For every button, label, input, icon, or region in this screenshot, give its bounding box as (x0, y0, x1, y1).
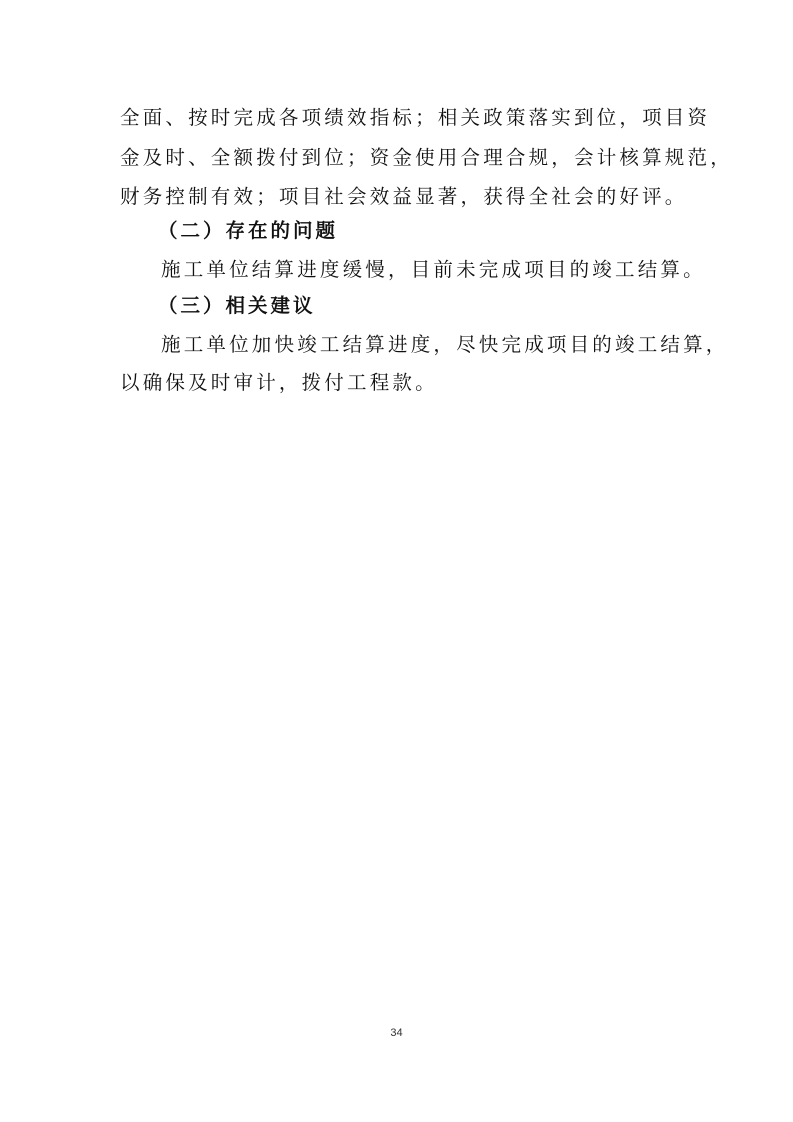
document-page: 全面、按时完成各项绩效指标；相关政策落实到位，项目资 金及时、全额拨付到位；资金… (0, 0, 793, 1122)
problems-body: 施工单位结算进度缓慢，目前未完成项目的竣工结算。 (161, 258, 736, 282)
section-heading-suggestions: （三）相关建议 (158, 294, 316, 318)
paragraph-line: 财务控制有效；项目社会效益显著，获得全社会的好评。 (120, 185, 695, 209)
page-number: 34 (0, 1027, 793, 1039)
suggestions-body-line2: 以确保及时审计，拨付工程款。 (120, 371, 695, 395)
section-heading-problems: （二）存在的问题 (158, 219, 338, 243)
paragraph-line: 金及时、全额拨付到位；资金使用合理合规，会计核算规范， (120, 146, 695, 170)
paragraph-line: 全面、按时完成各项绩效指标；相关政策落实到位，项目资 (120, 106, 695, 130)
suggestions-body-line1: 施工单位加快竣工结算进度，尽快完成项目的竣工结算， (161, 333, 736, 357)
